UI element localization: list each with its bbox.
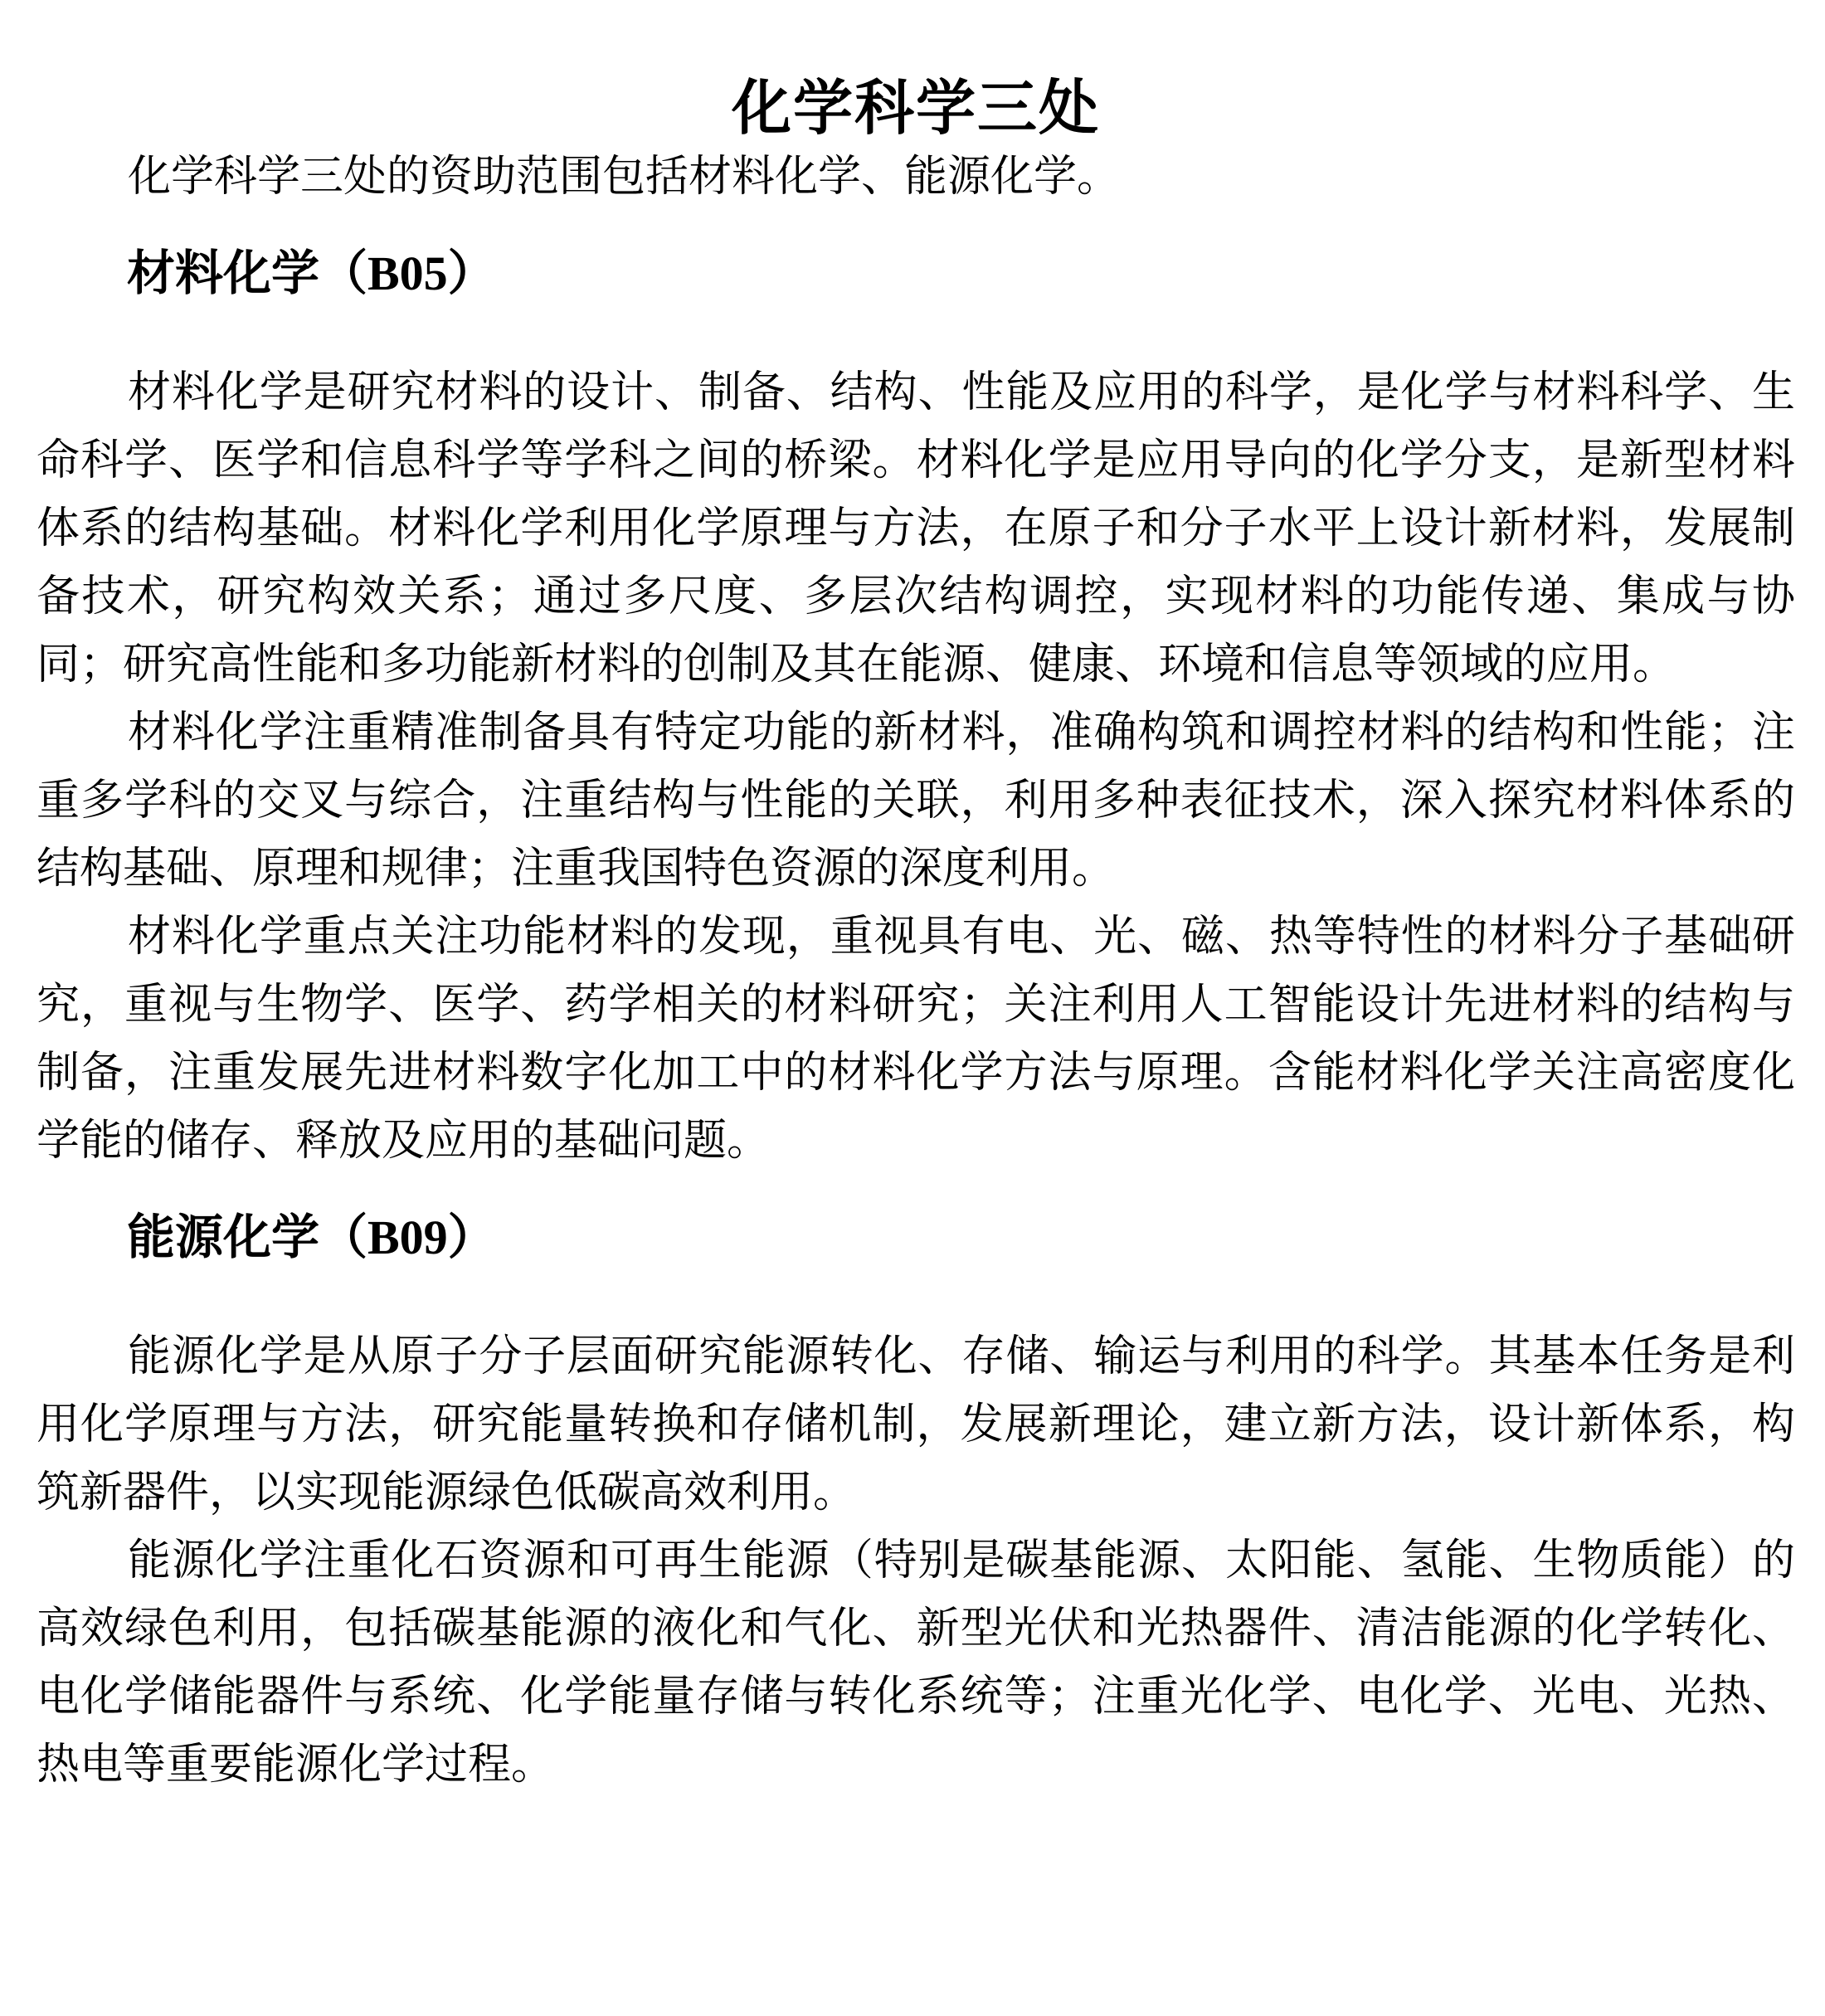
- body-paragraph: 材料化学注重精准制备具有特定功能的新材料，准确构筑和调控材料的结构和性能；注重多…: [36, 699, 1795, 903]
- intro-paragraph: 化学科学三处的资助范围包括材料化学、能源化学。: [36, 144, 1795, 212]
- document-page: { "page": { "title": "化学科学三处", "intro": …: [0, 0, 1825, 2016]
- section-energy-chemistry: 能源化学（B09） 能源化学是从原子分子层面研究能源转化、存储、输运与利用的科学…: [36, 1209, 1795, 1799]
- section-material-chemistry: 材料化学（B05） 材料化学是研究材料的设计、制备、结构、性能及应用的科学，是化…: [36, 245, 1795, 1176]
- body-paragraph: 能源化学注重化石资源和可再生能源（特别是碳基能源、太阳能、氢能、生物质能）的高效…: [36, 1527, 1795, 1799]
- section-heading-b09: 能源化学（B09）: [36, 1209, 1795, 1267]
- body-paragraph: 能源化学是从原子分子层面研究能源转化、存储、输运与利用的科学。其基本任务是利用化…: [36, 1323, 1795, 1527]
- section-heading-b05: 材料化学（B05）: [36, 245, 1795, 303]
- page-title: 化学科学三处: [36, 75, 1795, 144]
- body-paragraph: 材料化学是研究材料的设计、制备、结构、性能及应用的科学，是化学与材料科学、生命科…: [36, 359, 1795, 699]
- body-paragraph: 材料化学重点关注功能材料的发现，重视具有电、光、磁、热等特性的材料分子基础研究，…: [36, 903, 1795, 1176]
